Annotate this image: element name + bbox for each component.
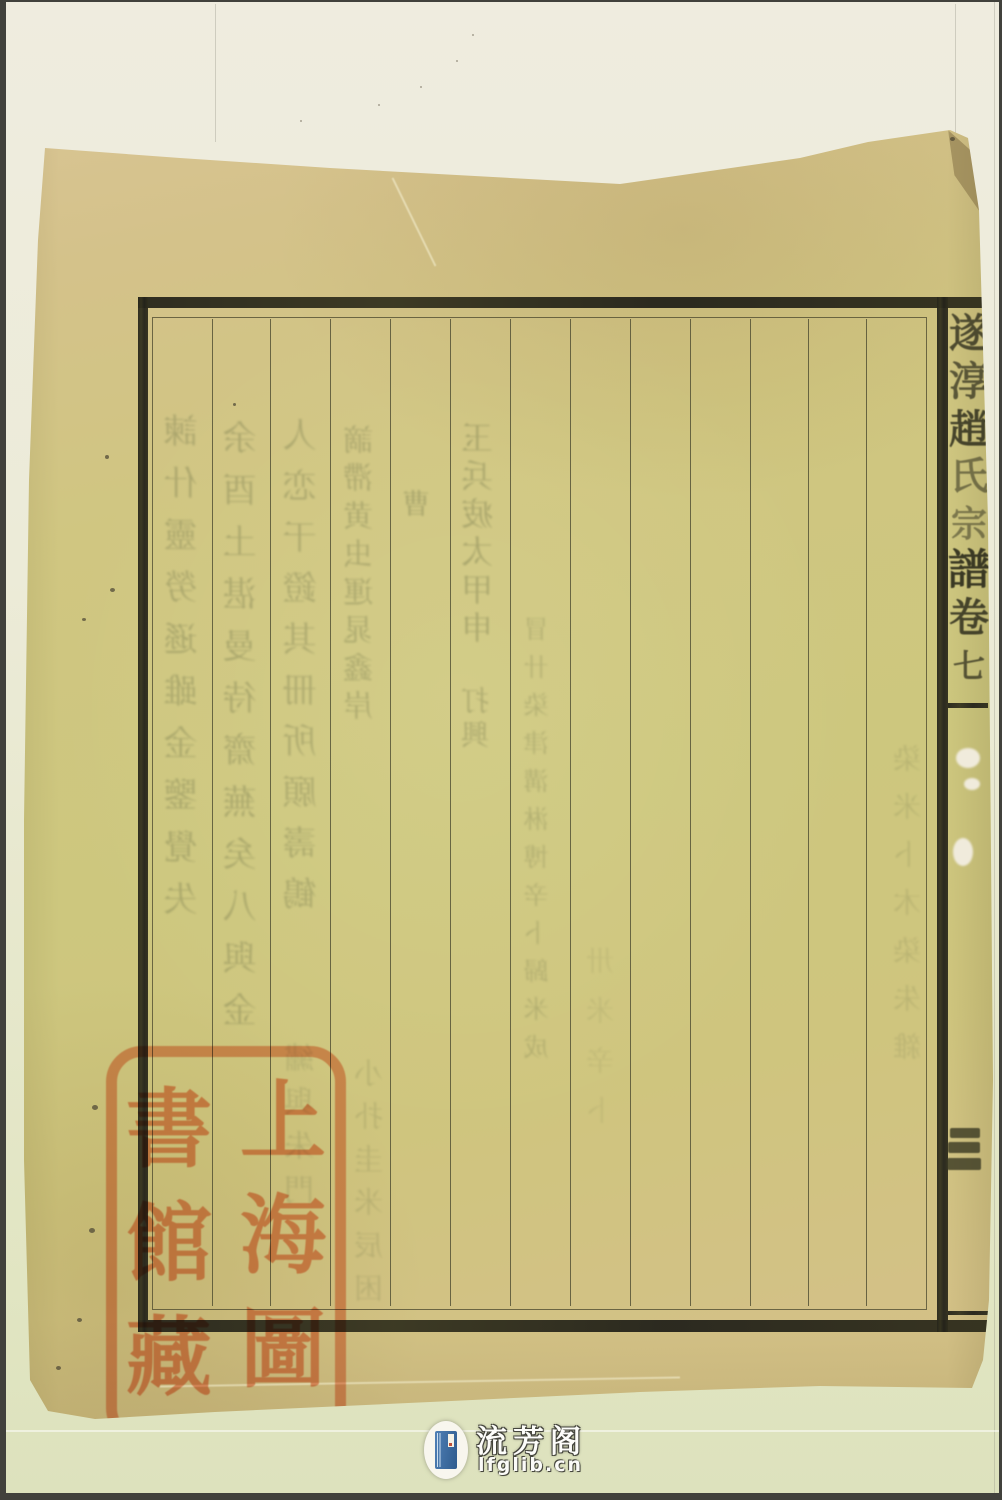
column-rule: [866, 319, 867, 1306]
paper-speck: [82, 618, 86, 621]
paper-speck: [456, 60, 458, 62]
spine-tiny-mark: [950, 1128, 980, 1138]
spine-divider: [948, 703, 988, 708]
spine-tiny-mark: [948, 1142, 980, 1153]
paper-speck: [378, 104, 380, 106]
backing-sheet-edge: [994, 2, 995, 1493]
book-title-label: [448, 1434, 454, 1447]
column-rule: [450, 319, 451, 1306]
seal-char: 上: [233, 1065, 333, 1179]
frame-border-top: [138, 297, 988, 308]
spine-title-char: 七: [948, 650, 990, 682]
spine-tiny-mark: [947, 1158, 981, 1170]
seal-char: 圖: [233, 1293, 333, 1407]
paper-speck: [110, 588, 115, 592]
paper-speck: [77, 1318, 82, 1322]
column-rule: [750, 319, 751, 1306]
column-rule: [510, 319, 511, 1306]
seal-char: 館: [119, 1187, 219, 1301]
paper-damage-spot: [953, 838, 973, 866]
seal-char: 藏: [119, 1301, 219, 1415]
paper-speck: [300, 120, 302, 122]
spine-title-char: 宗: [948, 506, 990, 542]
seal-char: 海: [233, 1179, 333, 1293]
seal-char: 書: [119, 1073, 219, 1187]
paper-speck: [472, 34, 474, 36]
paper-speck: [56, 1366, 61, 1370]
column-rule: [690, 319, 691, 1306]
column-rule: [808, 319, 809, 1306]
backing-sheet-crease: [955, 4, 956, 152]
column-rule: [570, 319, 571, 1306]
spine-title-char: 趙: [948, 410, 990, 450]
stitched-book-icon: [435, 1431, 457, 1469]
book-pages-stripes: [437, 1433, 442, 1467]
genealogy-page: 諫什靈勞遜雖金鑒覺失 余酉土湛曼待齋蕪矣八與金 人恋干鐙其冊所願壽鶴 謫滯黄虫運…: [20, 126, 996, 1422]
spine-title-char: 氏: [948, 458, 990, 496]
paper-speck: [233, 403, 236, 406]
column-rule: [390, 319, 391, 1306]
seal-column-left: 書 館 藏: [119, 1073, 219, 1415]
paper-speck: [420, 86, 422, 88]
spine-bottom-rule: [948, 1311, 988, 1315]
paper-damage-spot: [964, 778, 980, 790]
paper-speck: [950, 137, 955, 141]
paper-damage-spot: [956, 748, 980, 768]
paper-speck: [92, 1105, 98, 1110]
watermark-badge: [424, 1421, 468, 1479]
spine-title-char: 卷: [948, 598, 990, 638]
watermark-site-domain: lfglib.cn: [478, 1454, 583, 1476]
frame-border-right: [937, 297, 948, 1332]
library-collection-seal: 上 海 圖 書 館 藏: [106, 1046, 346, 1444]
watermark: 流芳阁 lfglib.cn: [424, 1414, 644, 1488]
photo-frame: 諫什靈勞遜雖金鑒覺失 余酉土湛曼待齋蕪矣八與金 人恋干鐙其冊所願壽鶴 謫滯黄虫運…: [0, 0, 1002, 1500]
seal-column-right: 上 海 圖: [233, 1065, 333, 1407]
paper-speck: [105, 455, 109, 459]
backing-sheet-crease: [215, 4, 216, 142]
paper-speck: [89, 1228, 95, 1233]
spine-title-char: 譜: [948, 550, 990, 592]
column-rule: [630, 319, 631, 1306]
